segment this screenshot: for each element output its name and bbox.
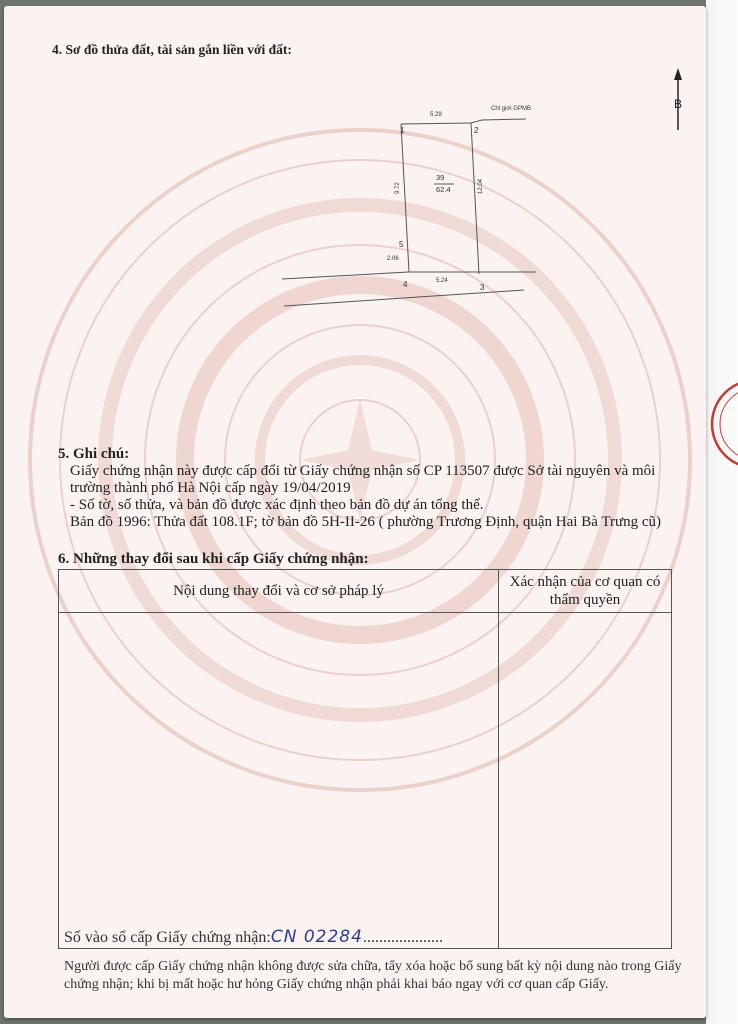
vertex-3: 3 xyxy=(480,283,485,292)
parcel-number: 39 xyxy=(436,173,444,182)
vertex-5: 5 xyxy=(399,240,404,249)
column-header-content: Nội dung thay đổi và cơ sở pháp lý xyxy=(59,570,499,613)
edge-top-length: 5.29 xyxy=(430,112,442,118)
red-seal-stamp-icon xyxy=(708,374,738,474)
registration-dots: .................... xyxy=(363,929,443,946)
note-line: - Số tờ, số thửa, và bản đồ được xác địn… xyxy=(58,497,688,514)
note-line: Giấy chứng nhận này được cấp đổi từ Giấy… xyxy=(58,463,688,497)
boundary-label: Chỉ giới GPMB xyxy=(491,105,531,112)
registration-label: Số vào sổ cấp Giấy chứng nhận: xyxy=(64,929,271,946)
registration-number: CN 02284 xyxy=(271,927,363,947)
note-line: Bản đồ 1996: Thửa đất 108.1F; tờ bản đồ … xyxy=(58,514,688,531)
edge-bottom-length: 5.24 xyxy=(436,278,448,284)
background-edge xyxy=(706,0,738,1024)
section-6-heading: 6. Những thay đổi sau khi cấp Giấy chứng… xyxy=(58,551,369,568)
section-5-notes: 5. Ghi chú: Giấy chứng nhận này được cấp… xyxy=(58,446,688,531)
edge-lower-left-length: 2.06 xyxy=(387,256,399,262)
changes-table: Nội dung thay đổi và cơ sở pháp lý Xác n… xyxy=(58,569,672,949)
north-arrow-label: B xyxy=(674,97,682,111)
confirmation-cell xyxy=(499,613,672,949)
land-plot-diagram: 1 2 3 4 5 5.29 Chỉ giới GPMB 39 62.4 9.7… xyxy=(270,90,550,310)
parcel-area: 62.4 xyxy=(436,185,451,194)
vertex-2: 2 xyxy=(474,126,479,135)
north-arrow-icon: B xyxy=(668,68,688,132)
table-row xyxy=(59,613,672,949)
vertex-1: 1 xyxy=(400,126,405,135)
edge-right-length: 12.04 xyxy=(478,178,484,194)
change-content-cell xyxy=(59,613,499,949)
registration-number-line: Số vào sổ cấp Giấy chứng nhận:CN 02284..… xyxy=(64,927,443,947)
table-header-row: Nội dung thay đổi và cơ sở pháp lý Xác n… xyxy=(59,570,672,613)
edge-left-length: 9.72 xyxy=(395,182,401,194)
vertex-4: 4 xyxy=(403,280,408,289)
section-4-heading: 4. Sơ đồ thửa đất, tài sản gắn liền với … xyxy=(52,42,292,58)
footer-note: Người được cấp Giấy chứng nhận không đượ… xyxy=(64,958,684,994)
column-header-confirmation: Xác nhận của cơ quan có thẩm quyền xyxy=(499,570,672,613)
section-5-heading: 5. Ghi chú: xyxy=(58,446,688,463)
